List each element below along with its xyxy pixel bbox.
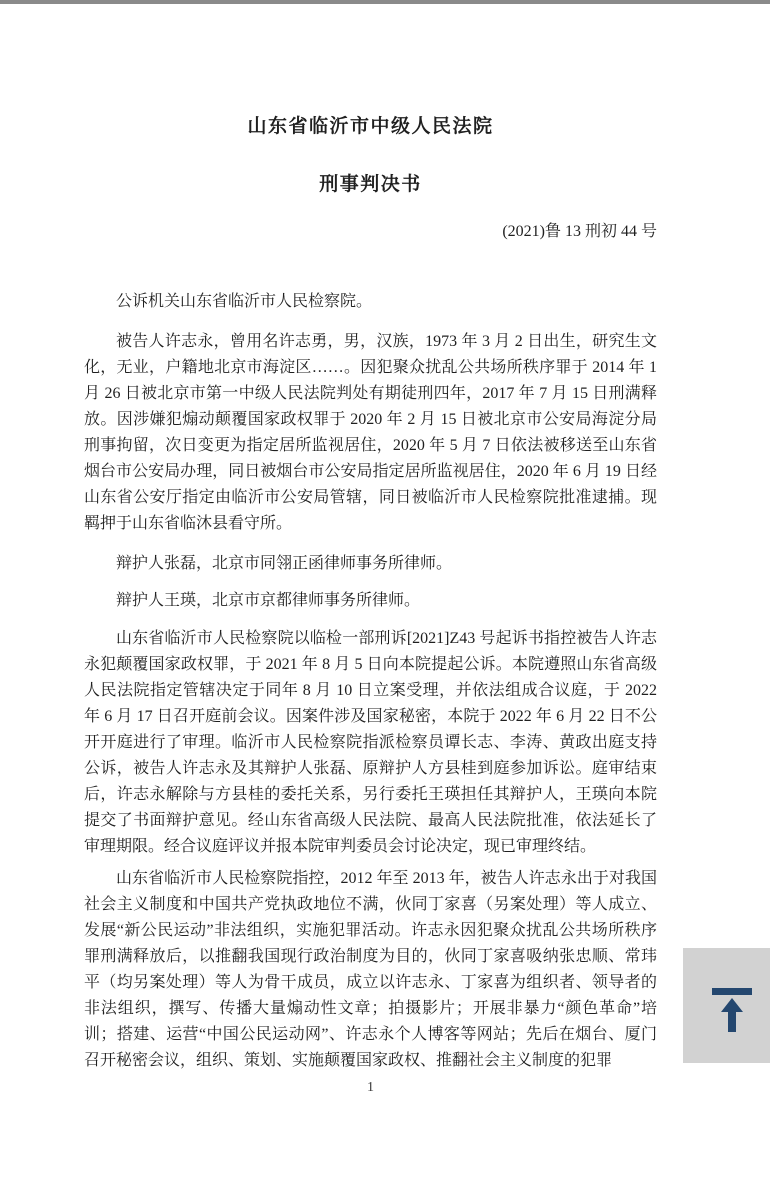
paragraph-defender-wang-ying: 辩护人王瑛，北京市京都律师事务所律师。 — [84, 588, 657, 614]
paragraph-defender-zhang-lei: 辩护人张磊，北京市同翎正函律师事务所律师。 — [84, 551, 657, 577]
document-type-title: 刑事判决书 — [84, 173, 657, 197]
paragraph-defendant-info: 被告人许志永，曾用名许志勇，男，汉族，1973 年 3 月 2 日出生，研究生文… — [84, 329, 657, 537]
arrow-up-to-top-icon — [712, 988, 752, 1032]
case-number: (2021)鲁 13 刑初 44 号 — [84, 220, 657, 243]
document-page: 山东省临沂市中级人民法院 刑事判决书 (2021)鲁 13 刑初 44 号 公诉… — [84, 0, 657, 1097]
paragraph-prosecution-organ: 公诉机关山东省临沂市人民检察院。 — [84, 289, 657, 315]
paragraph-procedure-history: 山东省临沂市人民检察院以临检一部刑诉[2021]Z43 号起诉书指控被告人许志永… — [84, 626, 657, 860]
court-name: 山东省临沂市中级人民法院 — [84, 115, 657, 139]
page-number: 1 — [84, 1079, 657, 1097]
back-to-top-button[interactable] — [683, 948, 770, 1063]
paragraph-indictment-allegations: 山东省临沂市人民检察院指控，2012 年至 2013 年，被告人许志永出于对我国… — [84, 866, 657, 1074]
